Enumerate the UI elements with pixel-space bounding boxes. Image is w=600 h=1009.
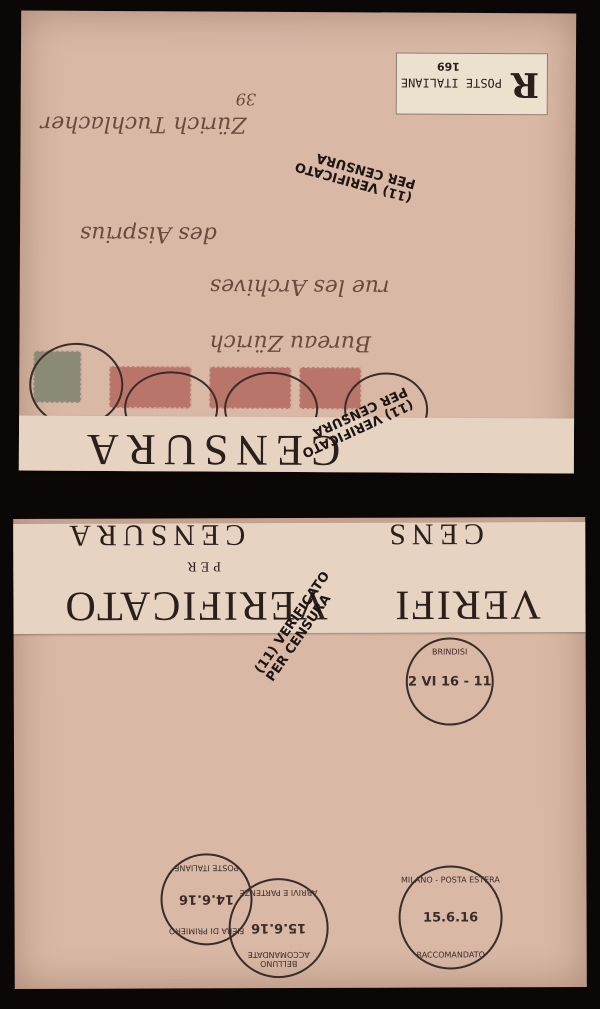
- strip-word-per: PER: [183, 557, 221, 573]
- handwritten-line-2: des Aisprius: [80, 221, 217, 247]
- envelope-front: R POSTE ITALIANE 169 39 Zürich Tuchlache…: [19, 11, 576, 474]
- strip-word-verifi-partial: VERIFI: [393, 580, 541, 629]
- postmark-milano: MILANO - POSTA ESTERA15.6.16RACCOMANDATO: [398, 865, 502, 969]
- registration-label: R POSTE ITALIANE 169: [396, 53, 548, 116]
- postmark-brindisi: BRINDISI2 VI 16 - 11: [406, 637, 494, 725]
- registration-number: 169: [437, 60, 460, 73]
- registration-office: POSTE ITALIANE: [401, 76, 502, 91]
- postmark-belluno: BELLUNO ACCOMANDATE15.6.16ARRIVI E PARTE…: [228, 878, 328, 978]
- registration-letter: R: [510, 64, 538, 104]
- strip-word-censura: CENSURA: [63, 517, 245, 552]
- handwritten-line-1: Zürich Tuchlacher: [41, 111, 247, 137]
- handwritten-line-4: Bureau Zürich: [209, 330, 371, 356]
- censor-handstamp-front-top: (11) VERIFICATOPER CENSURA: [294, 145, 418, 204]
- postmark: [29, 343, 123, 427]
- censor-strip-front: CENSURA: [19, 416, 574, 474]
- envelope-back: CENSURA PER VERIFICATO CENS VERIFI (11) …: [13, 517, 587, 989]
- handwritten-line-3: rue les Archives: [210, 274, 390, 300]
- handwritten-number: 39: [236, 90, 256, 109]
- strip-word-cens-partial: CENS: [383, 516, 484, 550]
